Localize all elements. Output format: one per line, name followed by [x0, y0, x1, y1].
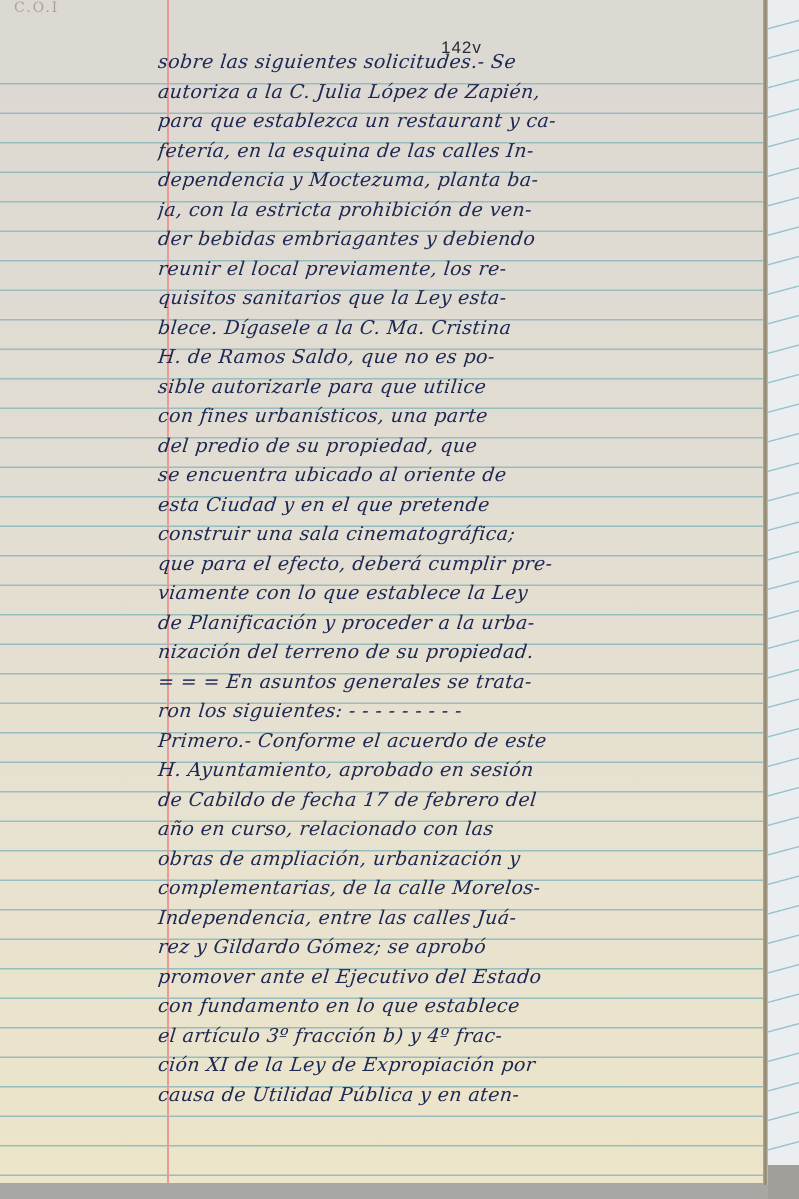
- text-line: que para el efecto, deberá cumplir pre-: [156, 550, 765, 580]
- text-line: se encuentra ubicado al oriente de: [156, 461, 765, 491]
- text-line: sible autorizarle para que utilice: [156, 373, 765, 403]
- text-line: del predio de su propiedad, que: [156, 432, 765, 462]
- text-line: año en curso, relacionado con las: [156, 815, 765, 845]
- text-line: construir una sala cinematográfica;: [156, 520, 765, 550]
- text-line: H. Ayuntamiento, aprobado en sesión: [156, 756, 765, 786]
- text-line: sobre las siguientes solicitudes.- Se: [156, 48, 765, 78]
- text-line: ja, con la estricta prohibición de ven-: [156, 196, 765, 226]
- text-line: Independencia, entre las calles Juá-: [156, 904, 765, 934]
- text-line: para que establezca un restaurant y ca-: [156, 107, 765, 137]
- text-line: promover ante el Ejecutivo del Estado: [156, 963, 765, 993]
- text-line: dependencia y Moctezuma, planta ba-: [156, 166, 765, 196]
- text-line: causa de Utilidad Pública y en aten-: [156, 1081, 765, 1111]
- text-line: = = = En asuntos generales se trata-: [156, 668, 765, 698]
- text-line: H. de Ramos Saldo, que no es po-: [156, 343, 765, 373]
- text-line: reunir el local previamente, los re-: [156, 255, 765, 285]
- text-line: nización del terreno de su propiedad.: [156, 638, 765, 668]
- adjacent-page-edge: [768, 0, 799, 1199]
- text-line: autoriza a la C. Julia López de Zapién,: [156, 78, 765, 108]
- text-line: de Planificación y proceder a la urba-: [156, 609, 765, 639]
- corner-stamp: C.O.I: [14, 0, 59, 16]
- text-line: rez y Gildardo Gómez; se aprobó: [156, 933, 765, 963]
- ledger-page: C.O.I 142v sobre las siguientes solicitu…: [0, 0, 765, 1183]
- text-line: fetería, en la esquina de las calles In-: [156, 137, 765, 167]
- text-line: ción XI de la Ley de Expropiación por: [156, 1051, 765, 1081]
- background-surface: [768, 1165, 799, 1199]
- text-line: obras de ampliación, urbanización y: [156, 845, 765, 875]
- text-line: complementarias, de la calle Morelos-: [156, 874, 765, 904]
- text-line: viamente con lo que establece la Ley: [156, 579, 765, 609]
- text-line: quisitos sanitarios que la Ley esta-: [156, 284, 765, 314]
- text-line: Primero.- Conforme el acuerdo de este: [156, 727, 765, 757]
- text-line: der bebidas embriagantes y debiendo: [156, 225, 765, 255]
- text-line: el artículo 3º fracción b) y 4º frac-: [156, 1022, 765, 1052]
- text-line: esta Ciudad y en el que pretende: [156, 491, 765, 521]
- text-line: con fines urbanísticos, una parte: [156, 402, 765, 432]
- text-line: ron los siguientes: - - - - - - - - -: [156, 697, 765, 727]
- text-line: con fundamento en lo que establece: [156, 992, 765, 1022]
- handwritten-text: sobre las siguientes solicitudes.- Se au…: [158, 48, 765, 1110]
- text-line: de Cabildo de fecha 17 de febrero del: [156, 786, 765, 816]
- text-line: blece. Dígasele a la C. Ma. Cristina: [156, 314, 765, 344]
